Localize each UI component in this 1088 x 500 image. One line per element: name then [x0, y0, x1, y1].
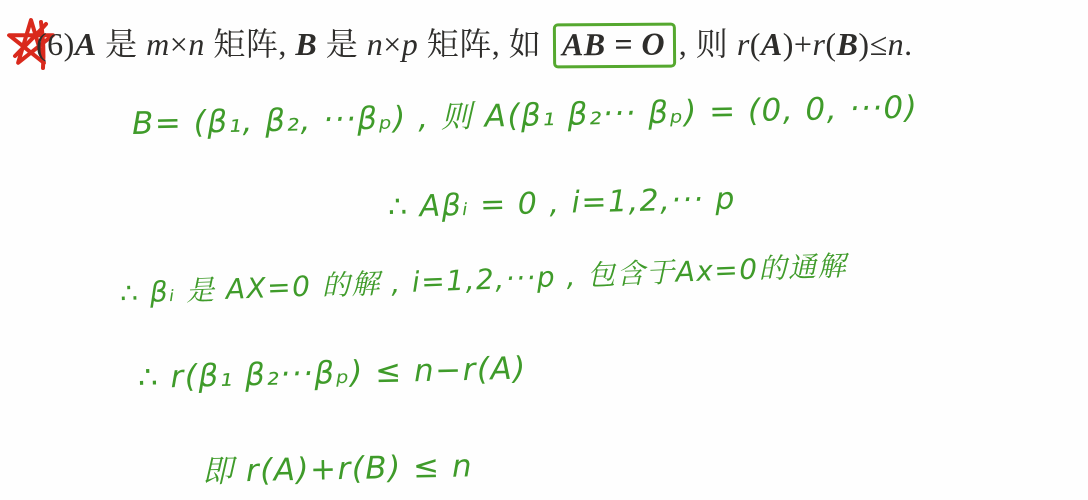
problem-segment: (	[825, 26, 836, 62]
problem-segment: 是	[97, 26, 147, 62]
problem-segment: 是	[317, 26, 367, 62]
problem-segment: A	[761, 26, 783, 62]
handwritten-line-abi-zero: ∴ Aβᵢ = 0 , i=1,2,··· p	[388, 182, 737, 225]
problem-segment: p	[402, 26, 419, 62]
handwritten-line-conclusion: 即 r(A)+r(B) ≤ n	[202, 440, 474, 491]
problem-segment: r	[737, 26, 750, 62]
textbook-page: (6)A 是 m×n 矩阵, B 是 n×p 矩阵, 如 AB = O, 则 r…	[0, 0, 1088, 500]
problem-segment: ×	[383, 26, 402, 62]
problem-segment: n	[188, 26, 205, 62]
problem-segment: m	[146, 26, 170, 62]
problem-segment: , 则	[679, 26, 737, 62]
problem-segment: .	[904, 26, 913, 62]
problem-segment: 矩阵, 如	[418, 26, 550, 62]
problem-segment: (	[750, 26, 761, 62]
problem-segment: B	[837, 26, 859, 62]
problem-segment: B	[295, 26, 317, 62]
problem-segment: 矩阵,	[205, 26, 296, 62]
problem-segment: )+	[783, 26, 813, 62]
problem-segment: ×	[170, 26, 189, 62]
handwritten-line-solution-of-ax0: ∴ βᵢ 是 AX=0 的解 , i=1,2,···p , 包含于Ax=0的通解	[119, 244, 847, 312]
problem-segment: A	[75, 26, 97, 62]
problem-segment: n	[367, 26, 384, 62]
problem-segment: AB = O	[553, 23, 676, 69]
problem-segment: n	[888, 26, 905, 62]
printed-problem-statement: (6)A 是 m×n 矩阵, B 是 n×p 矩阵, 如 AB = O, 则 r…	[36, 22, 1086, 68]
handwritten-line-b-columns: B= (β₁, β₂, ···βₚ) , 则 A(β₁ β₂··· βₚ) = …	[132, 82, 919, 143]
problem-segment: (6)	[36, 26, 75, 62]
handwritten-line-rank-inequality: ∴ r(β₁ β₂···βₚ) ≤ n−r(A)	[138, 351, 528, 396]
problem-segment: r	[812, 26, 825, 62]
problem-segment: )≤	[858, 26, 887, 62]
